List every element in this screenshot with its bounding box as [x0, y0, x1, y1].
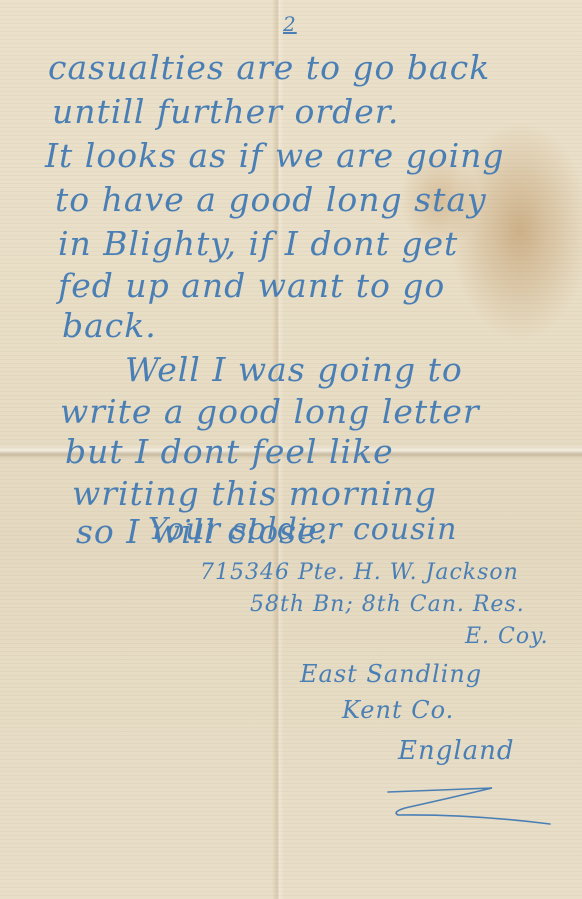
- address-location: East Sandling: [300, 660, 482, 688]
- signature-company: E. Coy.: [465, 624, 549, 649]
- letter-page: 2 casualties are to go back untill furth…: [0, 0, 582, 899]
- signature-name: 715346 Pte. H. W. Jackson: [200, 560, 519, 585]
- page-number: 2: [283, 12, 297, 36]
- body-line-5: in Blighty, if I dont get: [58, 224, 458, 263]
- body-line-7: back.: [62, 306, 157, 345]
- body-line-4: to have a good long stay: [55, 180, 487, 219]
- body-line-2: untill further order.: [52, 92, 399, 131]
- signature-unit: 58th Bn; 8th Can. Res.: [250, 592, 525, 617]
- address-country: England: [398, 736, 515, 766]
- body-line-9: write a good long letter: [60, 392, 480, 431]
- closing-flourish-icon: [380, 780, 560, 840]
- body-line-11: writing this morning: [72, 474, 437, 513]
- address-county: Kent Co.: [342, 696, 454, 724]
- body-line-8: Well I was going to: [125, 350, 463, 389]
- body-line-6: fed up and want to go: [58, 266, 445, 305]
- body-line-3: It looks as if we are going: [45, 136, 505, 175]
- body-line-10: but I dont feel like: [65, 432, 394, 471]
- closing-salutation: Your soldier cousin: [148, 512, 457, 547]
- body-line-1: casualties are to go back: [48, 48, 490, 87]
